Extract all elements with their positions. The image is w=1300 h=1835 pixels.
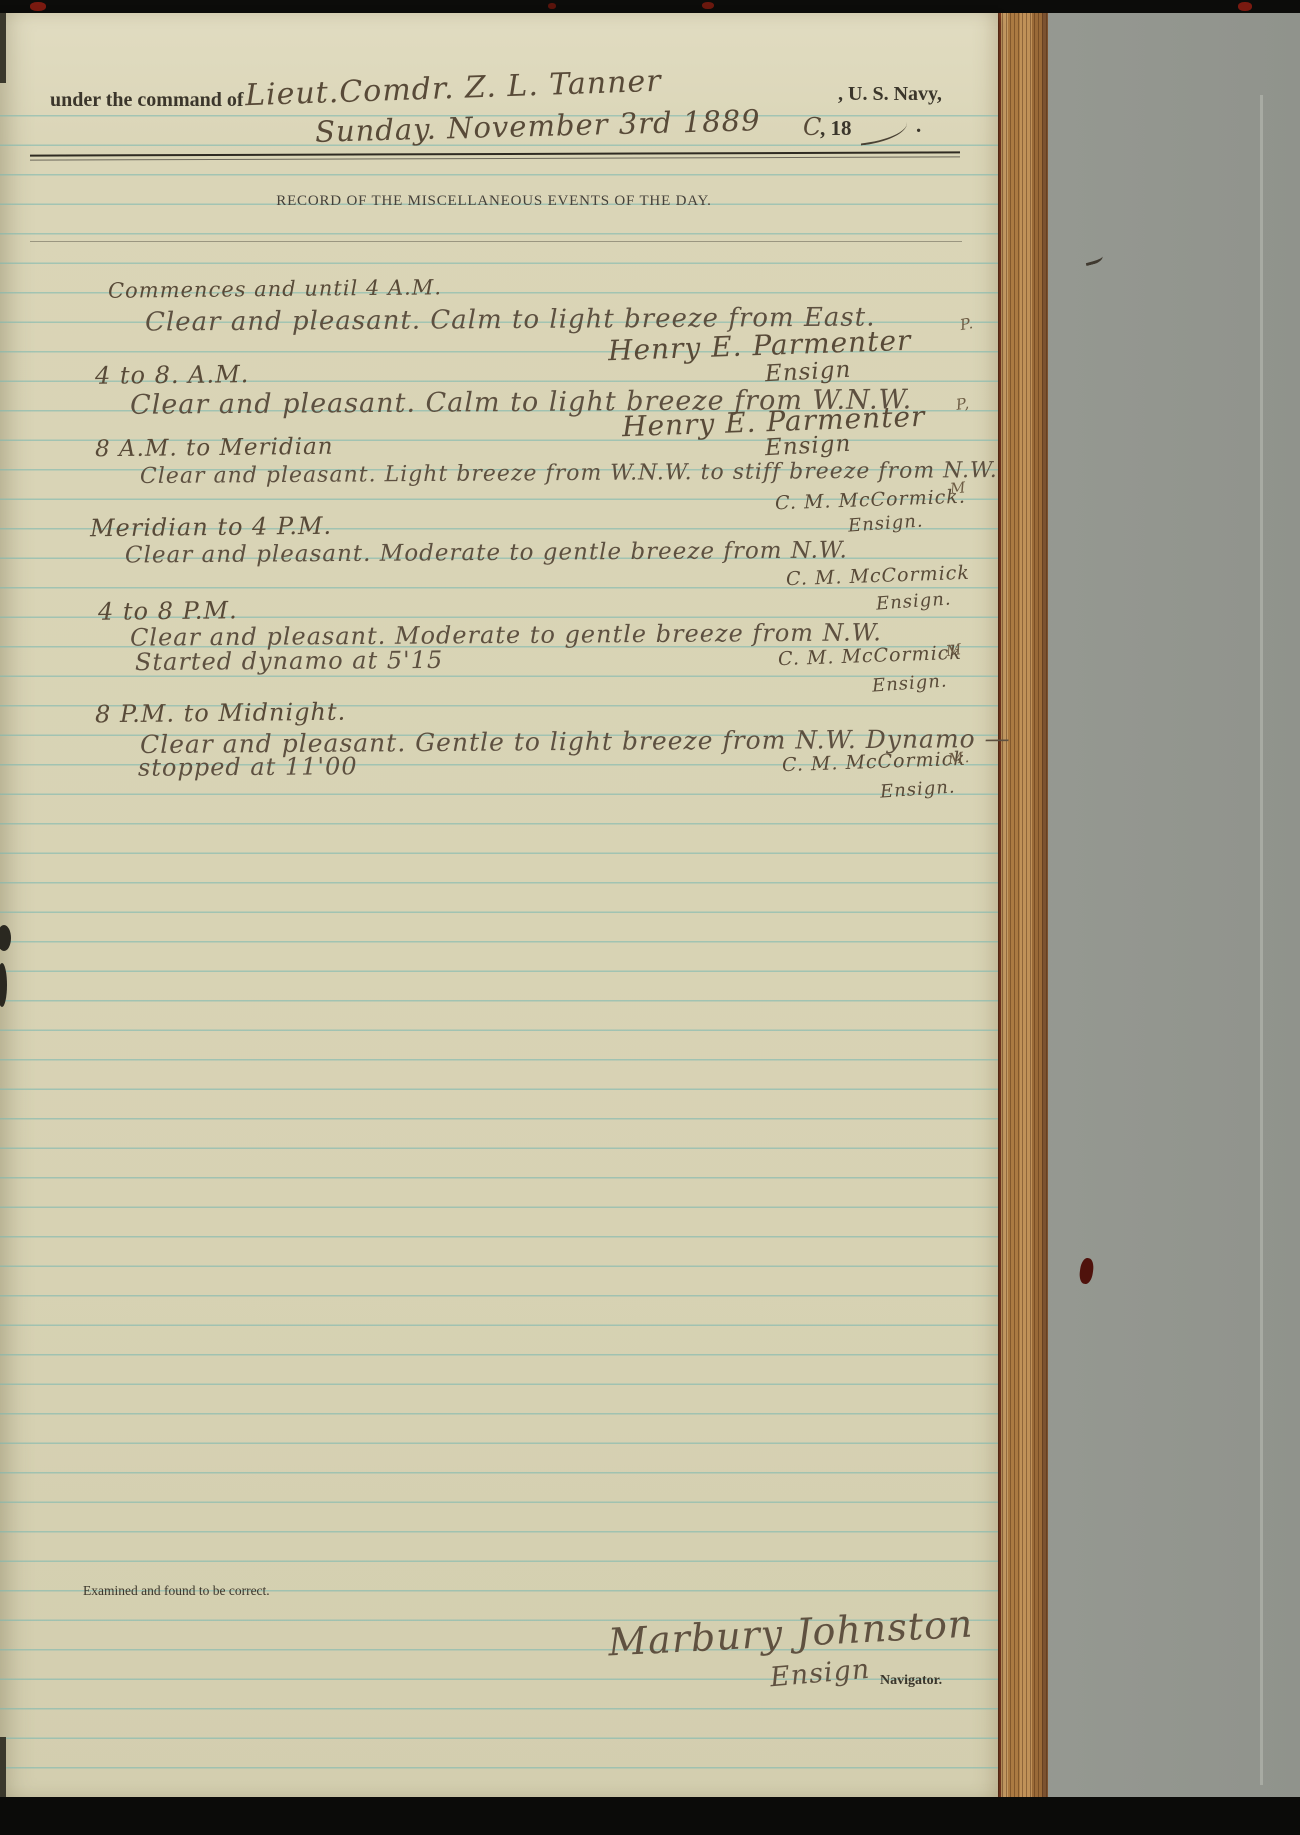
entry-text-line: stopped at 11'00 [138, 752, 358, 782]
entry-period: 8 P.M. to Midnight. [95, 698, 346, 729]
entry-period: 8 A.M. to Meridian [95, 434, 334, 462]
scan-artifact [548, 3, 556, 9]
margin-note: P, [955, 394, 971, 414]
scanner-bed-seam [1260, 95, 1263, 1785]
margin-note: M [945, 640, 964, 660]
printed-navigator-label: Navigator. [880, 1673, 942, 1689]
scan-border-top [0, 0, 1300, 13]
entry-period: Meridian to 4 P.M. [90, 512, 332, 543]
entry-period: 4 to 8. A.M. [95, 360, 250, 390]
scan-artifact [1238, 2, 1252, 11]
entry-signature-rank: Ensign [764, 431, 852, 461]
examined-statement: Examined and found to be correct. [83, 1583, 270, 1599]
binding-shadow-bottom [0, 1737, 6, 1797]
printed-year-stub: , 18 [820, 116, 852, 141]
scan-artifact [702, 2, 714, 9]
printed-command-prefix: under the command of [50, 89, 244, 112]
margin-note: M [949, 478, 967, 498]
entry-signature-rank: Ensign [764, 357, 852, 387]
book-page-edges [998, 13, 1048, 1797]
scan-artifact-red [1078, 1257, 1094, 1285]
scan-border-bottom [0, 1797, 1300, 1835]
margin-note: P. [959, 314, 976, 334]
scan-artifact-mark [1084, 253, 1104, 266]
section-title: RECORD OF THE MISCELLANEOUS EVENTS OF TH… [0, 193, 988, 210]
entry-period: Commences and until 4 A.M. [108, 275, 442, 302]
printed-navy-suffix: , U. S. Navy, [838, 83, 942, 106]
binding-shadow-top [0, 13, 6, 83]
entry-text-line: Clear and pleasant. Moderate to gentle b… [125, 537, 848, 568]
margin-note: M. [947, 748, 971, 768]
scan-artifact [30, 2, 46, 11]
entry-period: 4 to 8 P.M. [98, 596, 238, 625]
logbook-page: under the command of Lieut.Comdr. Z. L. … [0, 13, 998, 1797]
commander-signature: Lieut.Comdr. Z. L. Tanner [245, 64, 663, 114]
printed-year-period: . [916, 113, 921, 138]
entry-text-line: Started dynamo at 5'15 [135, 646, 443, 676]
section-rule [30, 241, 962, 242]
